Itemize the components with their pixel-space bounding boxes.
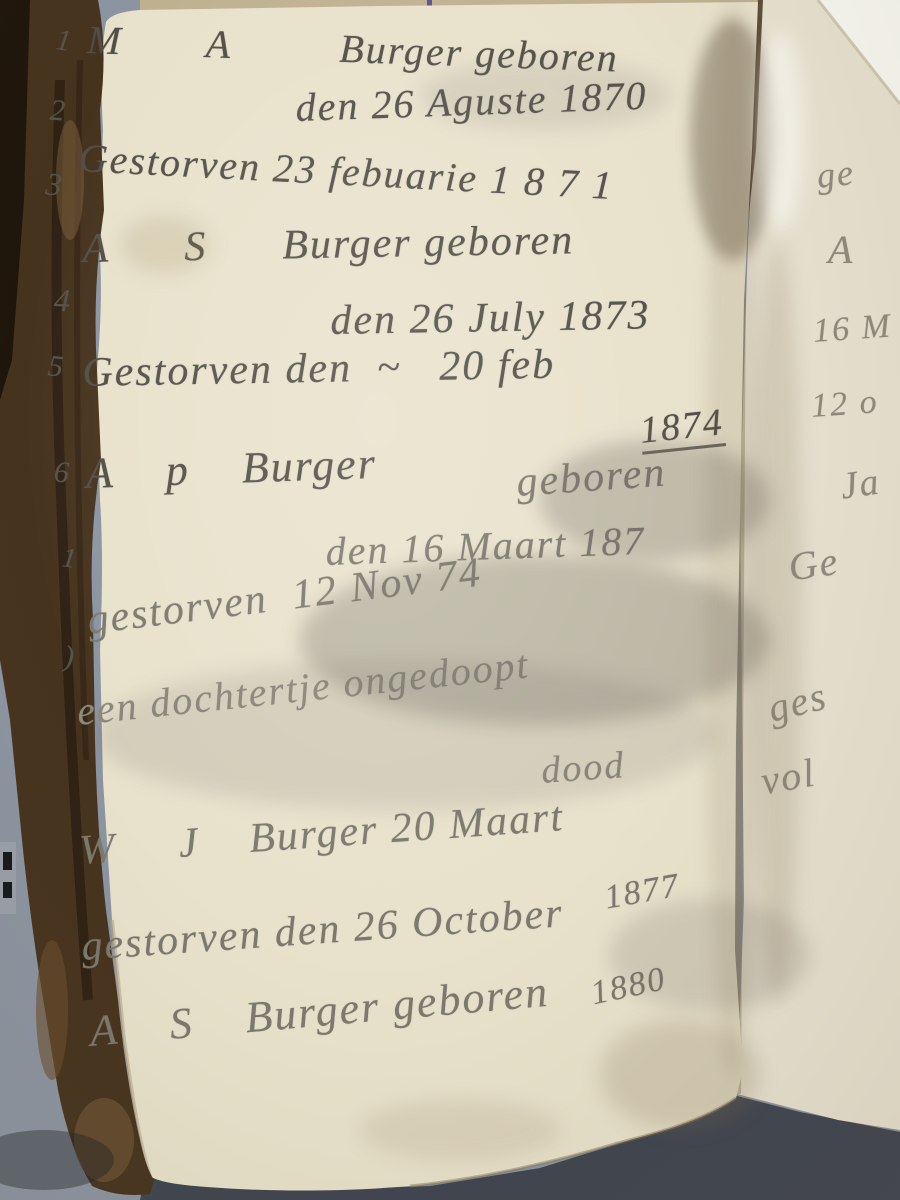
handwriting-layer: 1 2 3 4 5 6 1 ) M A Burger geboren den 2…: [0, 0, 900, 1200]
margin-number: 4: [53, 284, 70, 317]
book-photo: 1 2 3 4 5 6 1 ) M A Burger geboren den 2…: [0, 0, 900, 1200]
handwriting-line: W J Burger 20 Maart: [78, 796, 565, 872]
handwriting-line: A S Burger geboren: [88, 970, 551, 1054]
right-page-fragment: Ja: [838, 462, 883, 505]
right-page-fragment: ges: [764, 676, 831, 729]
handwriting-line: een dochtertje ongedoopt: [75, 644, 531, 731]
margin-number: 3: [44, 167, 63, 200]
handwriting-line: 1880: [588, 962, 669, 1011]
right-page-fragment: 16 M: [812, 310, 893, 349]
margin-number: 5: [46, 351, 64, 382]
handwriting-line: Gestorven den ~ 20 feb: [82, 344, 555, 394]
handwriting-line: Gestorven 23 febuarie 1 8 7 1: [78, 138, 615, 206]
right-page-fragment: A: [828, 230, 854, 270]
handwriting-line: dood: [540, 746, 626, 790]
margin-number: 2: [49, 96, 66, 127]
handwriting-line: 1874: [638, 403, 726, 455]
handwriting-line: gestorven 12 Nov 74: [85, 552, 484, 642]
handwriting-line: gestorven den 26 October: [80, 892, 565, 968]
handwriting-line: den 26 Aguste 1870: [295, 76, 648, 128]
handwriting-line: M A Burger geboren: [87, 20, 620, 79]
margin-number: ): [63, 642, 75, 673]
margin-number: 1: [54, 25, 73, 57]
handwriting-line: geboren: [515, 452, 668, 504]
handwriting-line: A S Burger geboren: [82, 219, 575, 270]
right-page-fragment: 12 o: [810, 385, 880, 424]
handwriting-line: 1877: [602, 869, 683, 916]
margin-number: 6: [53, 458, 70, 489]
handwriting-line: A p Burger: [85, 442, 377, 496]
right-page-fragment: vol: [758, 752, 819, 801]
handwriting-line: den 26 July 1873: [330, 294, 651, 342]
right-page-fragment: Ge: [786, 541, 842, 588]
margin-number: 1: [60, 544, 78, 574]
right-page-fragment: ge: [815, 154, 857, 194]
